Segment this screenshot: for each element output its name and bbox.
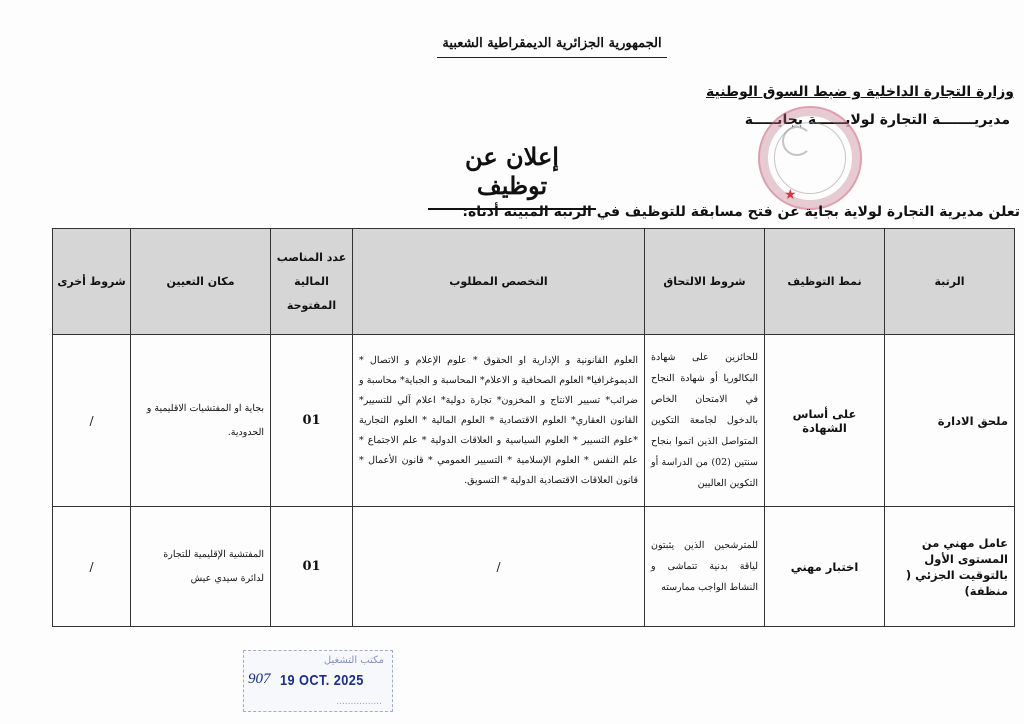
ministry-name: وزارة التجارة الداخلية و ضبط السوق الوطن… (706, 84, 1014, 100)
table-row: ملحق الادارة على أساس الشهادة للحائزين ع… (53, 335, 1015, 507)
cell-recruitment-mode: على أساس الشهادة (765, 335, 885, 507)
cell-other-conditions: / (53, 507, 131, 627)
header-specialty: التخصص المطلوب (353, 229, 645, 335)
official-seal-stamp: ★ (758, 106, 862, 210)
recruitment-table-container: الرتبة نمط التوظيف شروط الالتحاق التخصص … (52, 228, 1014, 627)
page-title: إعلان عن توظيف (428, 142, 596, 210)
header-other-conditions: شروط أخرى (53, 229, 131, 335)
recruitment-table: الرتبة نمط التوظيف شروط الالتحاق التخصص … (52, 228, 1015, 627)
header-conditions: شروط الالتحاق (645, 229, 765, 335)
cell-rank: عامل مهني من المستوى الأول بالتوقيت الجز… (885, 507, 1015, 627)
stamp-number: 907 (248, 671, 271, 688)
cell-positions-count: 01 (271, 335, 353, 507)
cell-assignment-place: بجاية او المفتشيات الاقليمية و الحدودية. (131, 335, 271, 507)
table-row: عامل مهني من المستوى الأول بالتوقيت الجز… (53, 507, 1015, 627)
stamp-header-text: مكتب التشغيل (324, 655, 384, 666)
header-positions-count: عدد المناصب المالية المفتوحة (271, 229, 353, 335)
date-received-stamp: مكتب التشغيل 907 19 OCT. 2025 ..........… (243, 650, 393, 712)
cell-other-conditions: / (53, 335, 131, 507)
header-assignment-place: مكان التعيين (131, 229, 271, 335)
stamp-footer-text: ................ (336, 697, 382, 707)
cell-conditions: للحائزين على شهادة البكالوريا أو شهادة ا… (645, 335, 765, 507)
header-recruitment-mode: نمط التوظيف (765, 229, 885, 335)
star-icon: ★ (784, 188, 797, 202)
republic-heading: الجمهورية الجزائرية الديمقراطية الشعبية (437, 36, 667, 58)
header-rank: الرتبة (885, 229, 1015, 335)
stamp-date: 19 OCT. 2025 (280, 672, 364, 689)
cell-positions-count: 01 (271, 507, 353, 627)
intro-paragraph: تعلن مديرية التجارة لولاية بجاية عن فتح … (462, 204, 1020, 220)
cell-specialty: العلوم القانونية و الإدارية او الحقوق * … (353, 335, 645, 507)
table-header-row: الرتبة نمط التوظيف شروط الالتحاق التخصص … (53, 229, 1015, 335)
cell-conditions: للمترشحين الذين يثبتون لياقة بدنية تتماش… (645, 507, 765, 627)
cell-specialty: / (353, 507, 645, 627)
cell-rank: ملحق الادارة (885, 335, 1015, 507)
cell-assignment-place: المفتشية الإقليمية للتجارة لدائرة سيدي ع… (131, 507, 271, 627)
cell-recruitment-mode: اختبار مهني (765, 507, 885, 627)
crescent-icon (782, 126, 812, 156)
